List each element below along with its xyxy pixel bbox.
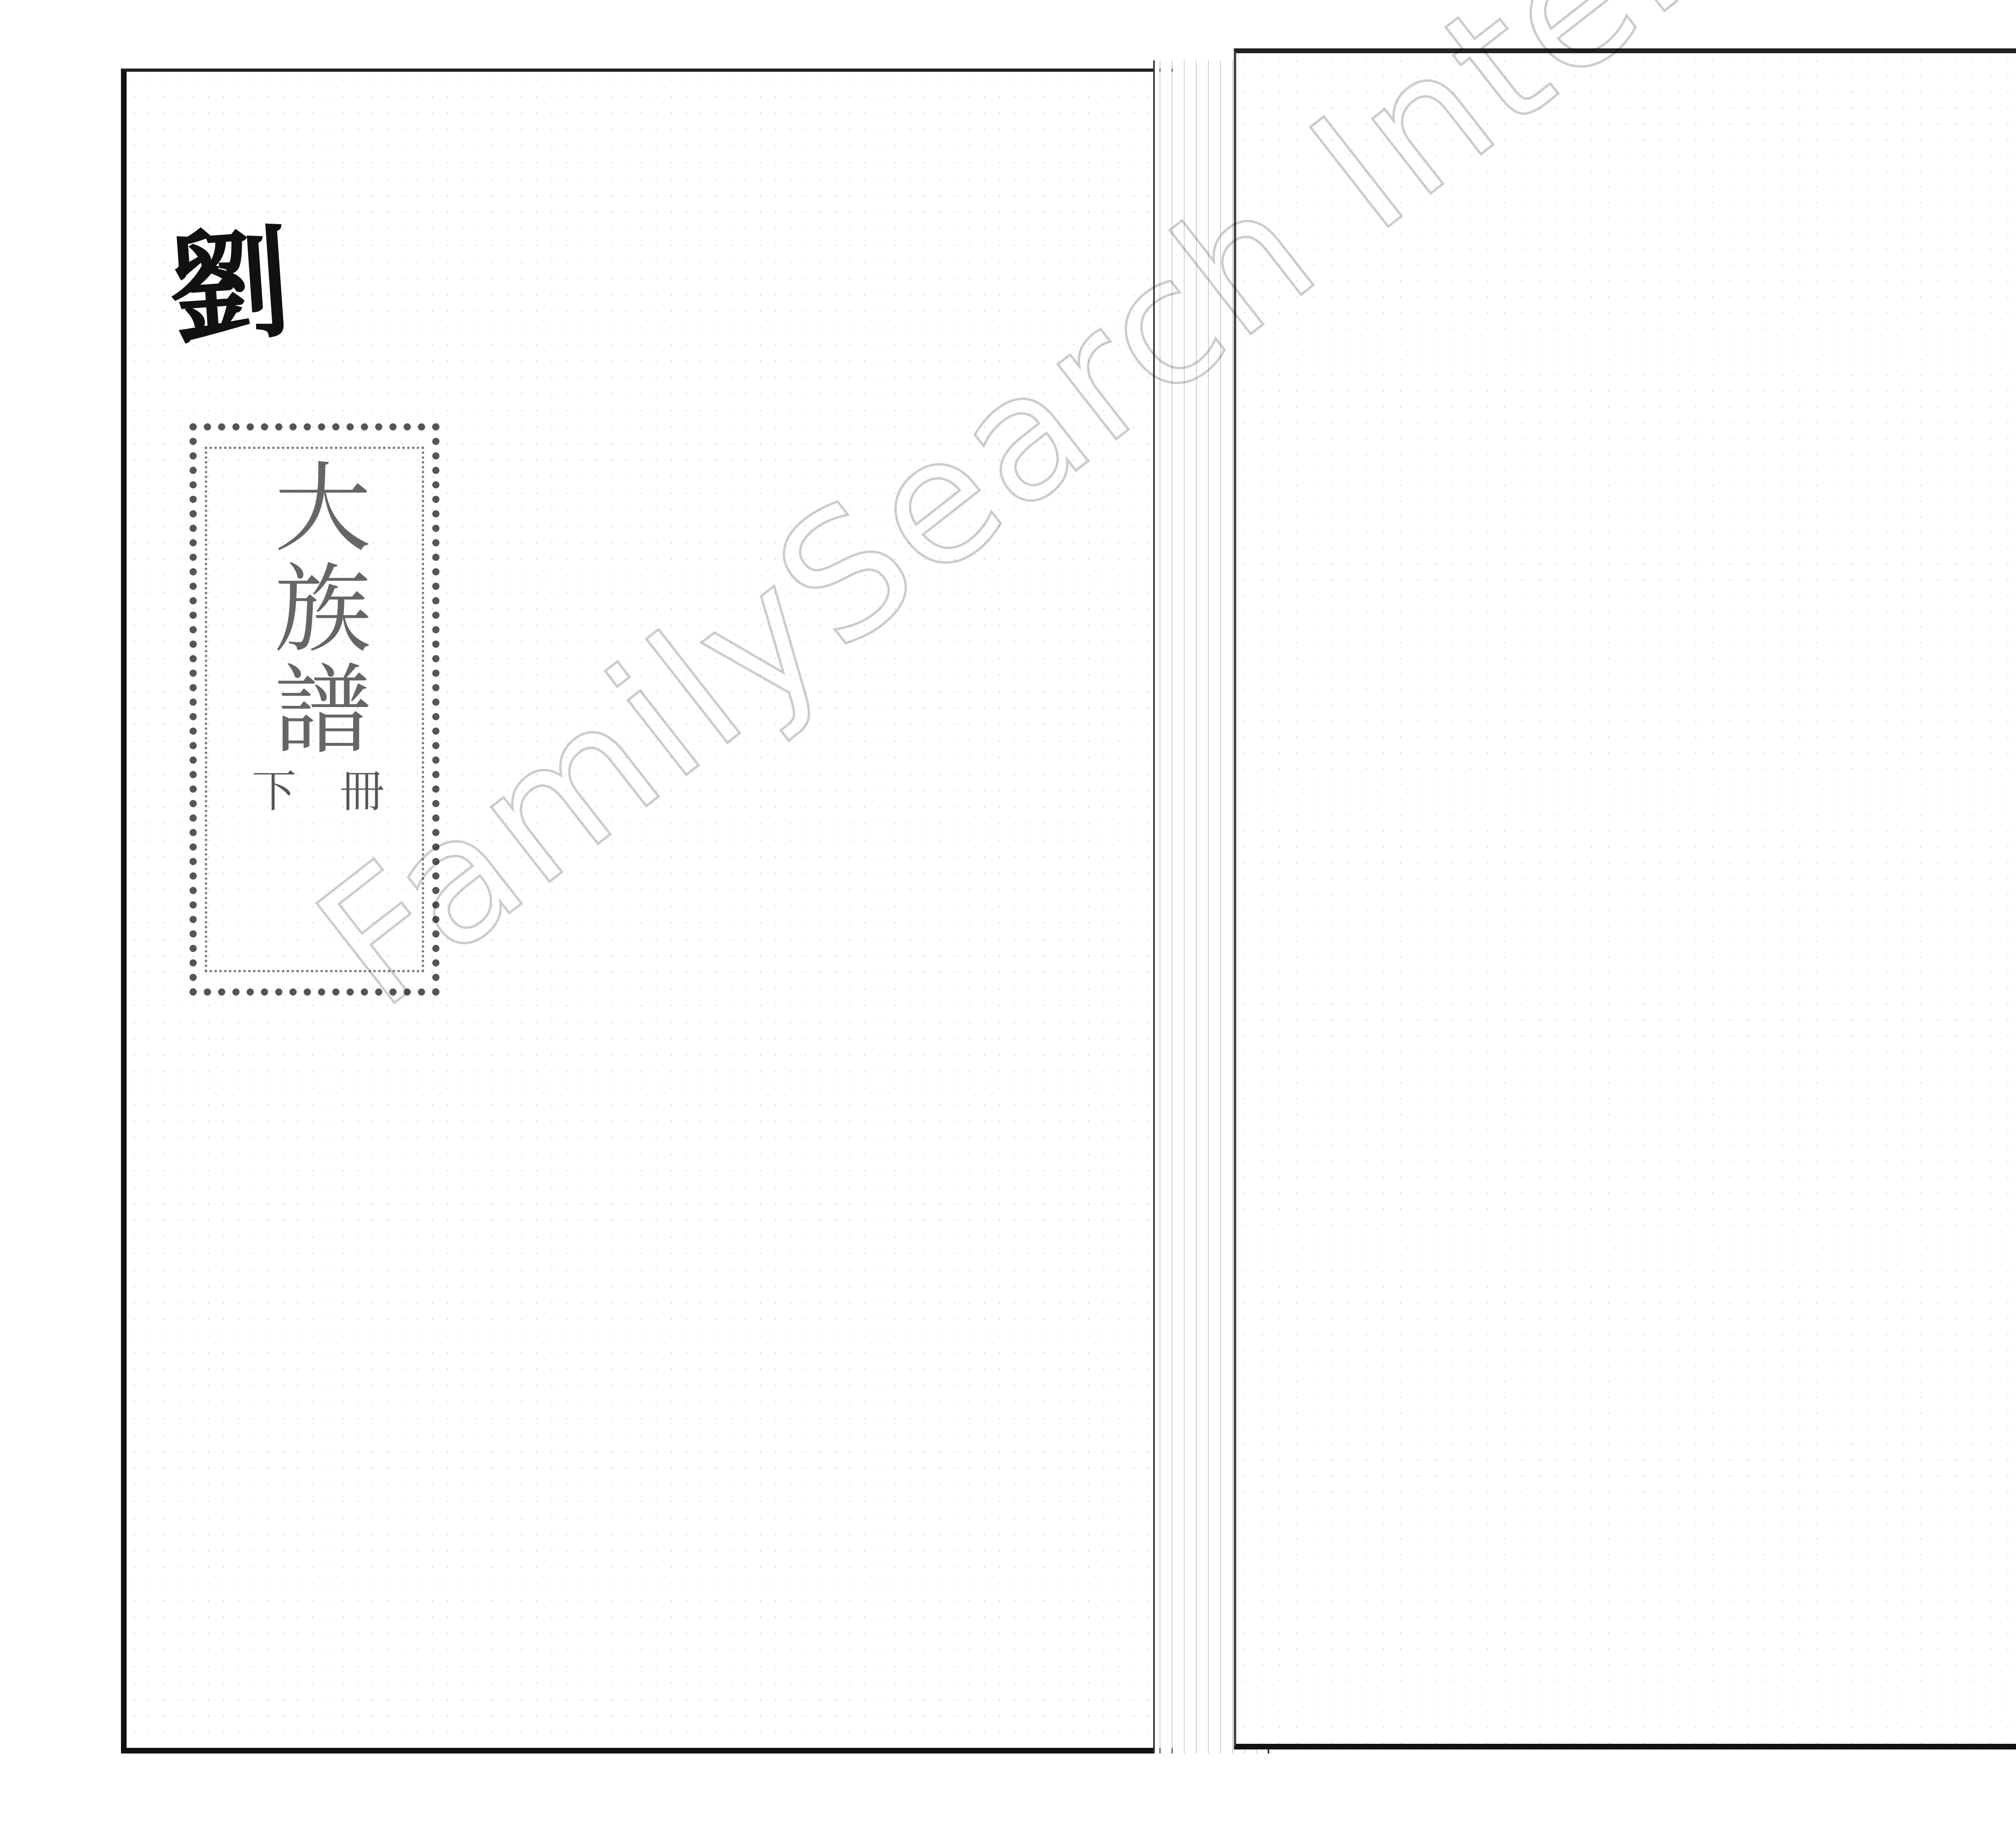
volume-marks: 下 冊 [239, 767, 390, 812]
volume-mark: 冊 [327, 767, 390, 812]
book-title: 大族譜 [266, 457, 363, 759]
handwritten-surname: 劉 [165, 222, 294, 351]
volume-mark: 下 [239, 767, 302, 812]
